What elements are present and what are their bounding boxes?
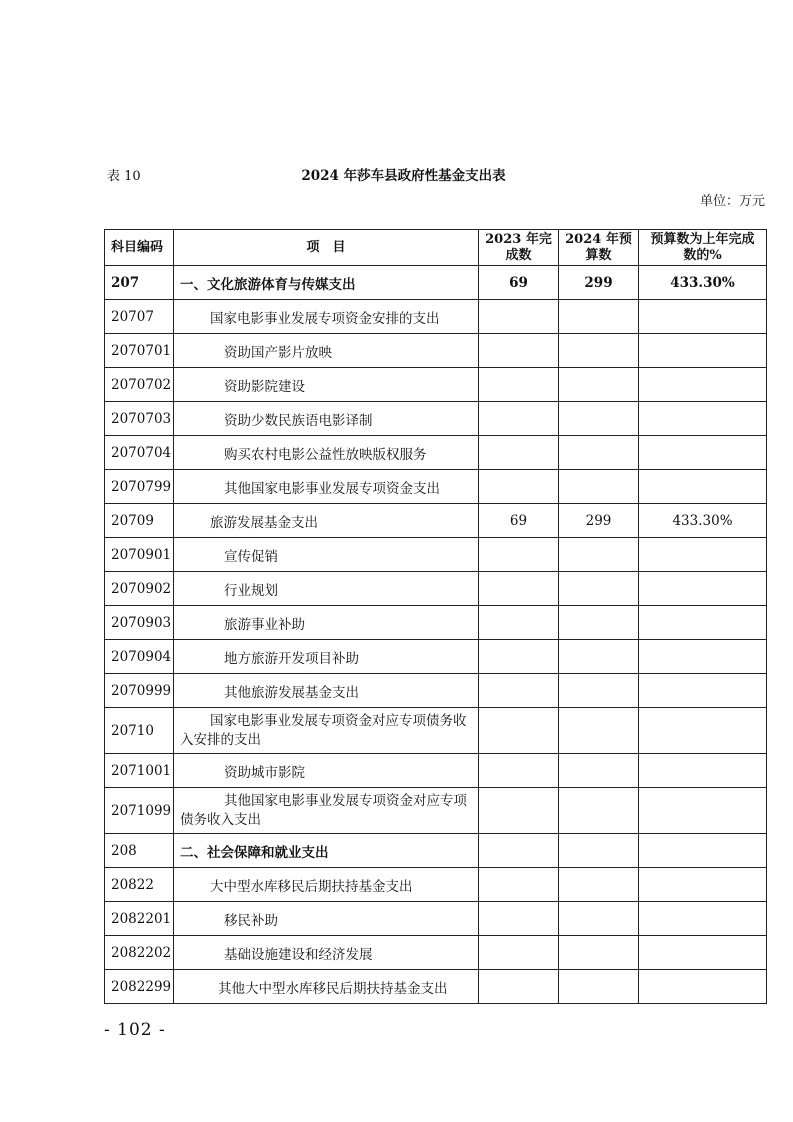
table-row: 2082201 移民补助 (105, 902, 767, 936)
row-budget-2024 (559, 834, 639, 868)
row-completed-2023 (479, 674, 559, 708)
row-ratio (639, 936, 767, 970)
table-row: 20710 国家电影事业发展专项资金对应专项债务收入安排的支出 (105, 708, 767, 754)
row-item: 一、文化旅游体育与传媒支出 (174, 266, 479, 300)
row-completed-2023 (479, 300, 559, 334)
row-budget-2024 (559, 902, 639, 936)
row-item: 旅游事业补助 (174, 606, 479, 640)
row-item: 行业规划 (174, 572, 479, 606)
row-ratio (639, 834, 767, 868)
row-completed-2023 (479, 788, 559, 834)
row-ratio (639, 708, 767, 754)
row-completed-2023 (479, 708, 559, 754)
row-code: 2070703 (105, 402, 174, 436)
row-code: 208 (105, 834, 174, 868)
row-item: 基础设施建设和经济发展 (174, 936, 479, 970)
row-ratio (639, 788, 767, 834)
row-budget-2024: 299 (559, 266, 639, 300)
row-ratio: 433.30% (639, 504, 767, 538)
column-header-ratio: 预算数为上年完成数的% (639, 230, 767, 266)
row-completed-2023 (479, 368, 559, 402)
row-completed-2023 (479, 572, 559, 606)
table-row: 2070701 资助国产影片放映 (105, 334, 767, 368)
row-code: 2070999 (105, 674, 174, 708)
row-completed-2023 (479, 970, 559, 1004)
row-completed-2023 (479, 902, 559, 936)
row-completed-2023 (479, 402, 559, 436)
page-number: - 102 - (104, 1020, 166, 1040)
row-item: 资助少数民族语电影译制 (174, 402, 479, 436)
table-row: 20822 大中型水库移民后期扶持基金支出 (105, 868, 767, 902)
row-completed-2023 (479, 868, 559, 902)
row-budget-2024 (559, 708, 639, 754)
row-item: 国家电影事业发展专项资金对应专项债务收入安排的支出 (174, 708, 479, 754)
row-budget-2024 (559, 572, 639, 606)
row-code: 2070902 (105, 572, 174, 606)
table-row: 2070703 资助少数民族语电影译制 (105, 402, 767, 436)
row-item: 其他国家电影事业发展专项资金对应专项债务收入支出 (174, 788, 479, 834)
row-ratio (639, 606, 767, 640)
row-code: 2070701 (105, 334, 174, 368)
row-budget-2024 (559, 674, 639, 708)
row-budget-2024 (559, 368, 639, 402)
table-row: 2082202 基础设施建设和经济发展 (105, 936, 767, 970)
row-code: 207 (105, 266, 174, 300)
table-row: 2070799 其他国家电影事业发展专项资金支出 (105, 470, 767, 504)
row-code: 2071099 (105, 788, 174, 834)
row-budget-2024 (559, 754, 639, 788)
row-code: 2070904 (105, 640, 174, 674)
row-budget-2024: 299 (559, 504, 639, 538)
table-row: 2070999 其他旅游发展基金支出 (105, 674, 767, 708)
table-row: 2070702 资助影院建设 (105, 368, 767, 402)
row-ratio (639, 368, 767, 402)
row-completed-2023 (479, 436, 559, 470)
table-row: 2070904 地方旅游开发项目补助 (105, 640, 767, 674)
row-completed-2023: 69 (479, 266, 559, 300)
row-ratio (639, 674, 767, 708)
unit-label: 单位：万元 (700, 190, 765, 209)
row-budget-2024 (559, 606, 639, 640)
row-ratio (639, 868, 767, 902)
row-ratio (639, 300, 767, 334)
row-budget-2024 (559, 538, 639, 572)
row-ratio (639, 902, 767, 936)
row-code: 20710 (105, 708, 174, 754)
table-row: 207 一、文化旅游体育与传媒支出 69 299 433.30% (105, 266, 767, 300)
row-item: 宣传促销 (174, 538, 479, 572)
row-completed-2023 (479, 334, 559, 368)
table-row: 20707 国家电影事业发展专项资金安排的支出 (105, 300, 767, 334)
column-header-code: 科目编码 (105, 230, 174, 266)
row-completed-2023 (479, 834, 559, 868)
fund-expenditure-table: 科目编码 项 目 2023 年完成数 2024 年预算数 预算数为上年完成数的%… (104, 229, 767, 1004)
row-item: 旅游发展基金支出 (174, 504, 479, 538)
row-item: 地方旅游开发项目补助 (174, 640, 479, 674)
row-item: 资助国产影片放映 (174, 334, 479, 368)
table-row: 20709 旅游发展基金支出 69 299 433.30% (105, 504, 767, 538)
table-row: 2071099 其他国家电影事业发展专项资金对应专项债务收入支出 (105, 788, 767, 834)
table-row: 2070903 旅游事业补助 (105, 606, 767, 640)
row-budget-2024 (559, 470, 639, 504)
row-completed-2023: 69 (479, 504, 559, 538)
row-ratio (639, 538, 767, 572)
row-completed-2023 (479, 538, 559, 572)
row-code: 20822 (105, 868, 174, 902)
row-budget-2024 (559, 640, 639, 674)
row-item: 资助城市影院 (174, 754, 479, 788)
row-budget-2024 (559, 970, 639, 1004)
row-ratio (639, 754, 767, 788)
row-budget-2024 (559, 334, 639, 368)
row-code: 2070901 (105, 538, 174, 572)
row-item: 购买农村电影公益性放映版权服务 (174, 436, 479, 470)
row-budget-2024 (559, 300, 639, 334)
row-ratio (639, 402, 767, 436)
column-header-completed-2023: 2023 年完成数 (479, 230, 559, 266)
row-code: 2082202 (105, 936, 174, 970)
row-budget-2024 (559, 788, 639, 834)
row-budget-2024 (559, 936, 639, 970)
row-ratio (639, 334, 767, 368)
row-budget-2024 (559, 436, 639, 470)
row-item: 其他大中型水库移民后期扶持基金支出 (174, 970, 479, 1004)
row-completed-2023 (479, 640, 559, 674)
row-ratio (639, 572, 767, 606)
row-ratio: 433.30% (639, 266, 767, 300)
row-item: 其他旅游发展基金支出 (174, 674, 479, 708)
row-ratio (639, 470, 767, 504)
row-item: 大中型水库移民后期扶持基金支出 (174, 868, 479, 902)
table-header-row: 科目编码 项 目 2023 年完成数 2024 年预算数 预算数为上年完成数的% (105, 230, 767, 266)
page-title: 2024 年莎车县政府性基金支出表 (0, 164, 793, 184)
table-row: 2070901 宣传促销 (105, 538, 767, 572)
row-code: 20707 (105, 300, 174, 334)
row-completed-2023 (479, 754, 559, 788)
row-code: 2082201 (105, 902, 174, 936)
row-budget-2024 (559, 868, 639, 902)
table-row: 2070902 行业规划 (105, 572, 767, 606)
row-code: 2070799 (105, 470, 174, 504)
table-row: 2082299 其他大中型水库移民后期扶持基金支出 (105, 970, 767, 1004)
row-ratio (639, 436, 767, 470)
row-completed-2023 (479, 470, 559, 504)
row-code: 2071001 (105, 754, 174, 788)
column-header-budget-2024: 2024 年预算数 (559, 230, 639, 266)
column-header-item: 项 目 (174, 230, 479, 266)
row-ratio (639, 640, 767, 674)
table-row: 2070704 购买农村电影公益性放映版权服务 (105, 436, 767, 470)
row-budget-2024 (559, 402, 639, 436)
row-completed-2023 (479, 936, 559, 970)
row-ratio (639, 970, 767, 1004)
row-item: 二、社会保障和就业支出 (174, 834, 479, 868)
row-item: 移民补助 (174, 902, 479, 936)
row-item: 国家电影事业发展专项资金安排的支出 (174, 300, 479, 334)
table-row: 208 二、社会保障和就业支出 (105, 834, 767, 868)
row-item: 资助影院建设 (174, 368, 479, 402)
row-item: 其他国家电影事业发展专项资金支出 (174, 470, 479, 504)
row-code: 2082299 (105, 970, 174, 1004)
row-completed-2023 (479, 606, 559, 640)
row-code: 2070702 (105, 368, 174, 402)
row-code: 2070903 (105, 606, 174, 640)
table-row: 2071001 资助城市影院 (105, 754, 767, 788)
row-code: 2070704 (105, 436, 174, 470)
row-code: 20709 (105, 504, 174, 538)
